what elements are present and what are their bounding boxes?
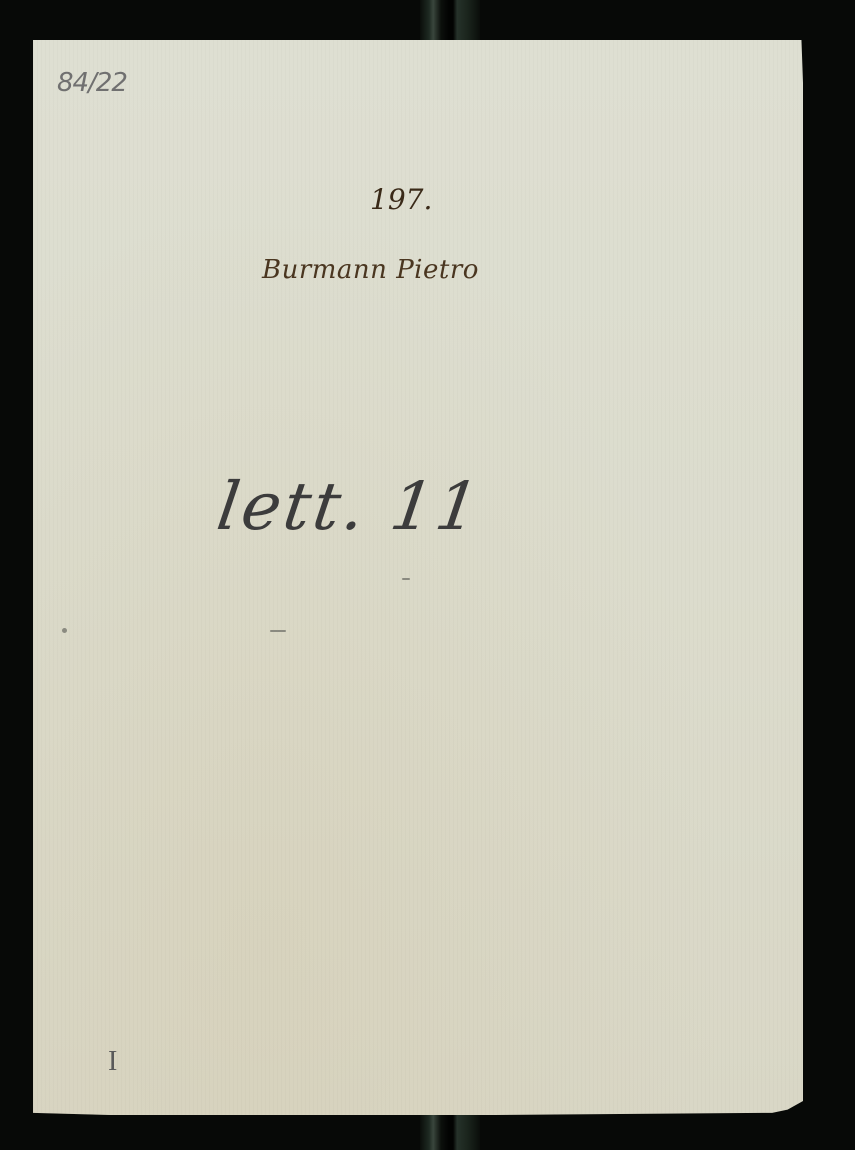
paper-speck xyxy=(270,630,286,632)
shelfmark-annotation: 84/22 xyxy=(57,68,127,98)
volume-mark: I xyxy=(108,1046,117,1078)
letters-count: lett. 11 xyxy=(213,468,487,545)
author-name: Burmann Pietro xyxy=(262,255,479,285)
item-number: 197. xyxy=(370,183,432,216)
paper-speck xyxy=(62,628,67,633)
paper-speck xyxy=(402,578,410,580)
